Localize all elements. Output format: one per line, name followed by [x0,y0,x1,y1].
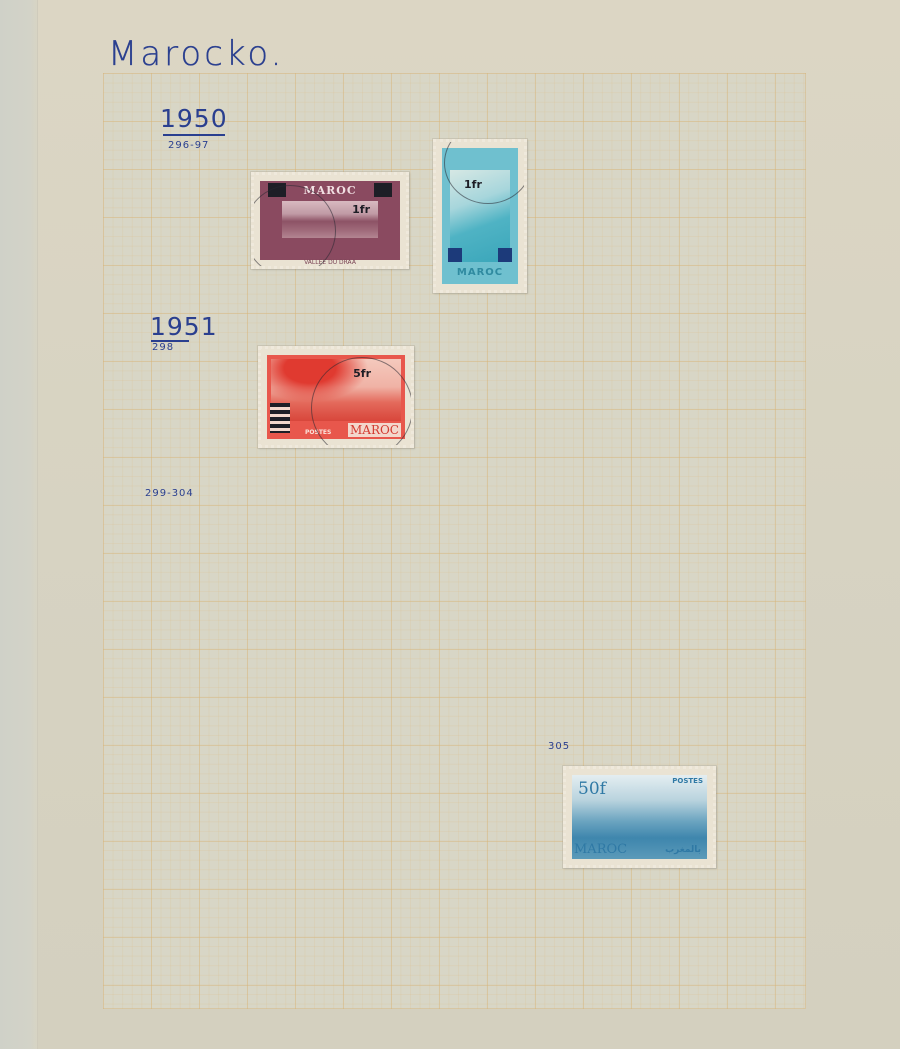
surcharge-bar-right [498,248,512,262]
stamp-kasbah-50[interactable]: 50f POSTES MAROC بالمغرب [563,766,716,868]
stamp-sefrou[interactable]: 1fr MAROC [433,139,527,293]
year-heading-1951: 1951 [150,312,218,341]
stamp-caption: POSTES [672,777,703,785]
stamp-frame: 50f POSTES MAROC بالمغرب [572,775,707,859]
stamp-arabic-text: بالمغرب [665,845,701,855]
catalog-number-1951: 298 [152,342,174,353]
year-heading-1950: 1950 [160,104,228,133]
album-page: Marocko. 1950 296-97 1951 298 299-304 30… [0,0,900,1049]
surcharge-bar-right [374,183,392,197]
catalog-number-305: 305 [548,741,570,752]
stamp-palms-postes[interactable]: 5fr POSTES MAROC [258,346,414,448]
page-title: Marocko. [108,34,284,74]
postmark-rabat [311,357,413,448]
stamp-vallee-du-draa[interactable]: MAROC 1fr VALLEE DU DRAA [251,172,409,269]
stamp-country: MAROC [442,267,518,278]
year-underline-1950 [163,134,225,136]
catalog-range-note: 299-304 [145,488,194,499]
surcharge-bar-left [448,248,462,262]
catalog-number-1950: 296-97 [168,140,209,151]
stamp-country: MAROC [574,842,627,857]
surcharge-bars [270,403,290,433]
surcharge-value: 1fr [352,203,370,216]
stamp-value: 50f [578,779,606,799]
album-binding [0,0,38,1049]
